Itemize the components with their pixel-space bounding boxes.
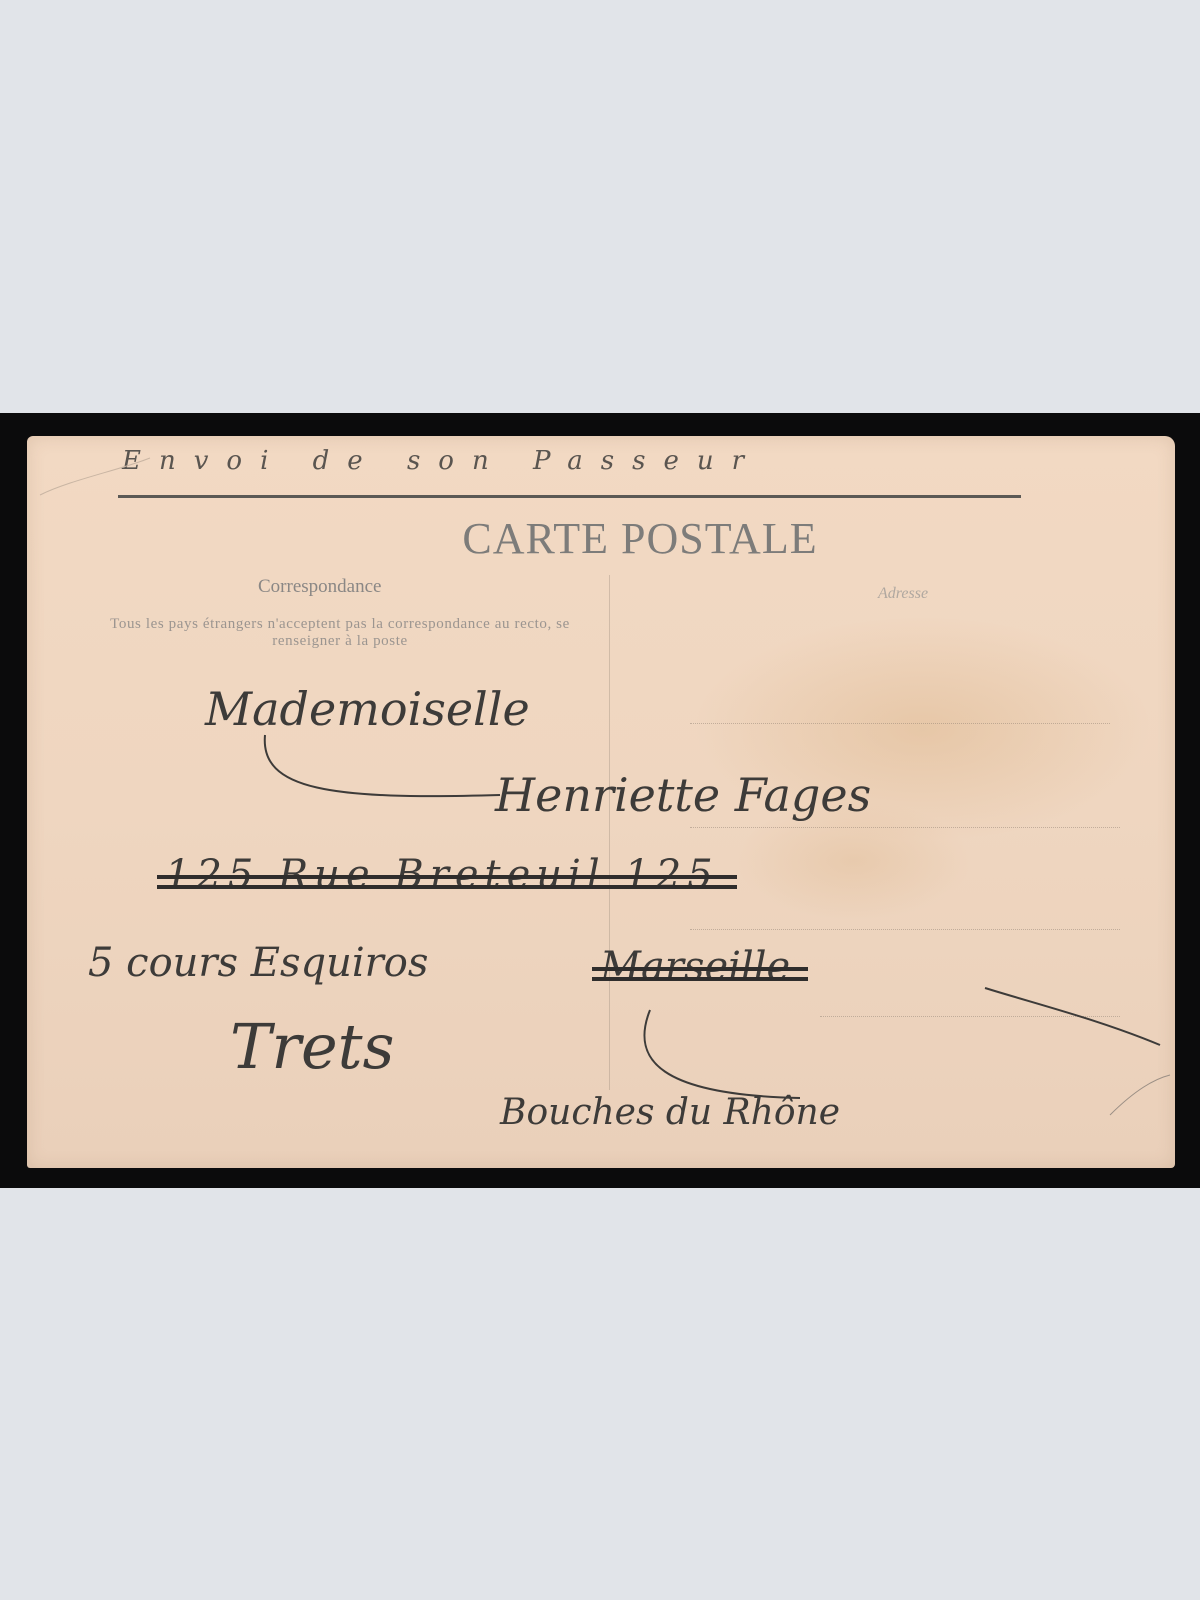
postcard-title: CARTE POSTALE — [0, 513, 1200, 564]
address-department: Bouches du Rhône — [500, 1092, 840, 1133]
note-underline — [118, 495, 1021, 498]
address-line — [690, 827, 1120, 828]
center-divider — [609, 575, 610, 1090]
address-old-street: 125 Rue Breteuil 125 — [165, 852, 719, 898]
address-line — [690, 929, 1120, 930]
address-line — [820, 1016, 1120, 1017]
address-new-city: Trets — [230, 1010, 394, 1083]
address-label: Adresse — [878, 585, 928, 603]
handwritten-note: Envoi de son Passeur — [122, 446, 762, 476]
address-name: Henriette Fages — [495, 768, 871, 822]
address-new-street: 5 cours Esquiros — [88, 940, 428, 986]
address-line — [690, 723, 1110, 724]
correspondence-label: Correspondance — [258, 576, 381, 598]
correspondence-notice: Tous les pays étrangers n'acceptent pas … — [95, 616, 585, 650]
address-salutation: Mademoiselle — [205, 682, 530, 736]
address-old-city: Marseille — [600, 944, 790, 990]
